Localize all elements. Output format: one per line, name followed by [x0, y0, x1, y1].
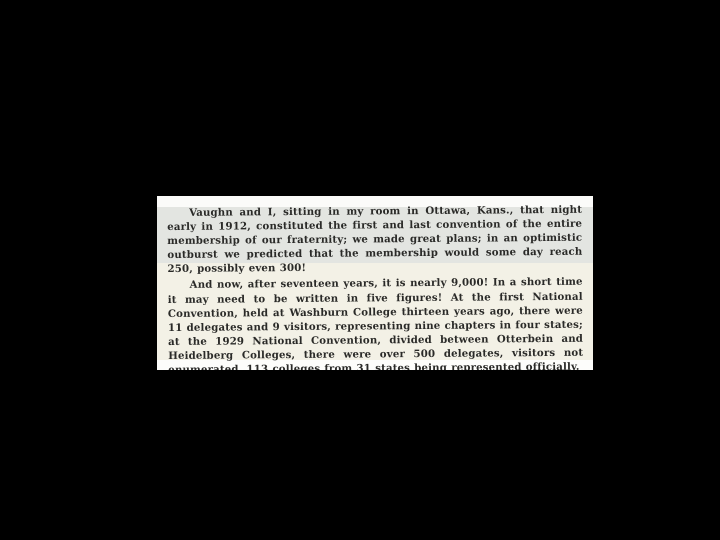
document-clipping: Vaughn and I, sitting in my room in Otta…	[157, 196, 593, 370]
paragraph-membership-growth: And now, after seventeen years, it is ne…	[168, 275, 584, 370]
paragraph-first-convention: Vaughn and I, sitting in my room in Otta…	[167, 203, 583, 277]
document-text: Vaughn and I, sitting in my room in Otta…	[167, 203, 583, 370]
